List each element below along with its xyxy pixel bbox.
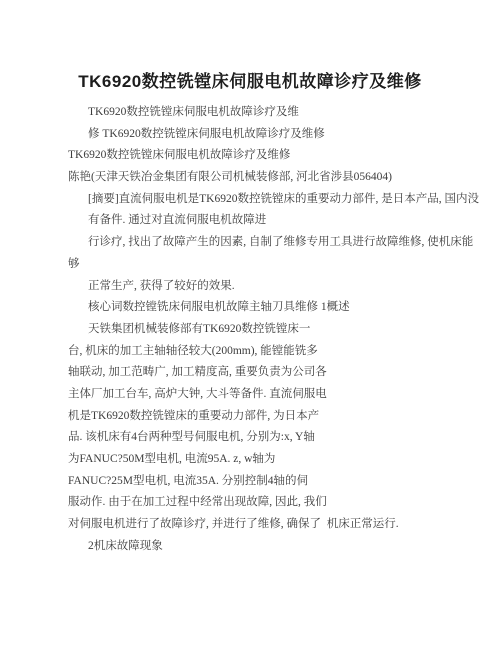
document-line: FANUC?25M型电机, 电流35A. 分别控制4轴的伺 bbox=[0, 471, 500, 493]
document-line: 对伺服电机进行了故障诊疗, 并进行了维修, 确保了 机床正常运行. bbox=[0, 514, 500, 536]
document-body: TK6920数控铣镗床伺服电机故障诊疗及维修 TK6920数控铣镗床伺服电机故障… bbox=[0, 102, 500, 557]
document-line: 服动作. 由于在加工过程中经常出现故障, 因此, 我们 bbox=[0, 492, 500, 514]
document-line: 有备件. 通过对直流伺服电机故障进 bbox=[0, 210, 500, 232]
document-line: 陈艳(天津天铁冶金集团有限公司机械装修部, 河北省涉县056404) bbox=[0, 167, 500, 189]
document-line: 主体厂加工台车, 高炉大钟, 大斗等备件. 直流伺服电 bbox=[0, 384, 500, 406]
document-line: 为FANUC?50M型电机, 电流95A. z, w轴为 bbox=[0, 449, 500, 471]
document-line: 机是TK6920数控铣镗床的重要动力部件, 为日本产 bbox=[0, 406, 500, 428]
document-line: 天铁集团机械装修部有TK6920数控铣镗床一 bbox=[0, 319, 500, 341]
document-line: 核心词数控镗铣床伺服电机故障主轴刀具维修 1概述 bbox=[0, 297, 500, 319]
document-line: TK6920数控铣镗床伺服电机故障诊疗及维修 bbox=[0, 145, 500, 167]
document-line: 2机床故障现象 bbox=[0, 536, 500, 558]
document-line: [摘要]直流伺服电机是TK6920数控铣镗床的重要动力部件, 是日本产品, 国内… bbox=[0, 189, 500, 211]
document-line: 台, 机床的加工主轴轴径较大(200mm), 能镗能铣多 bbox=[0, 341, 500, 363]
document-line: 行诊疗, 找出了故障产生的因素, 自制了维修专用工具进行故障维修, 使机床能 bbox=[0, 232, 500, 254]
document-line: 轴联动, 加工范畴广, 加工精度高, 重要负责为公司各 bbox=[0, 362, 500, 384]
document-line: 正常生产, 获得了较好的效果. bbox=[0, 276, 500, 298]
document-line: 品. 该机床有4台两种型号伺服电机, 分别为:x, Y轴 bbox=[0, 427, 500, 449]
document-line: TK6920数控铣镗床伺服电机故障诊疗及维 bbox=[0, 102, 500, 124]
document-line: 够 bbox=[0, 254, 500, 276]
document-line: 修 TK6920数控铣镗床伺服电机故障诊疗及维修 bbox=[0, 124, 500, 146]
document-page: TK6920数控铣镗床伺服电机故障诊疗及维修 TK6920数控铣镗床伺服电机故障… bbox=[0, 0, 500, 647]
document-title: TK6920数控铣镗床伺服电机故障诊疗及维修 bbox=[0, 0, 500, 92]
